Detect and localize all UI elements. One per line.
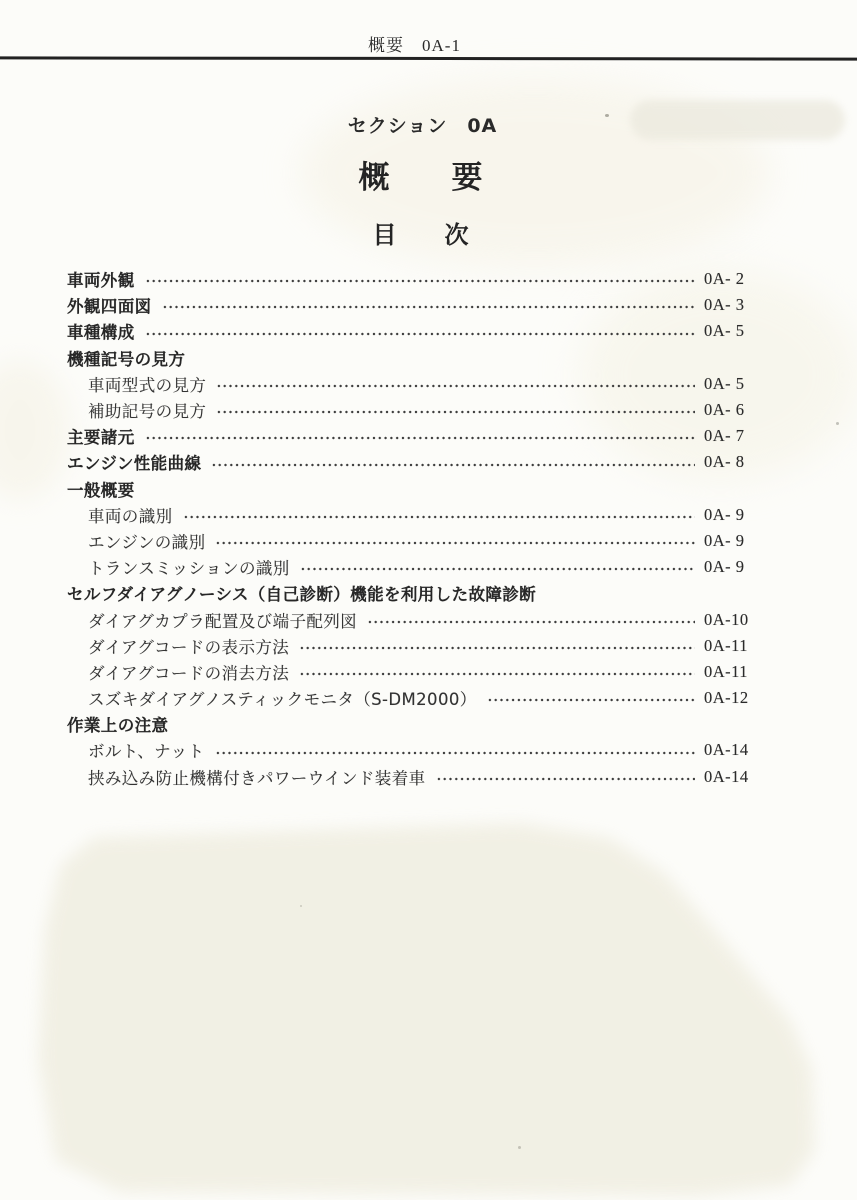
- toc-page-number: 0A-12: [704, 688, 764, 708]
- toc-entry: 車両型式の見方0A- 5: [67, 371, 764, 397]
- toc-heading: 目 次: [0, 215, 849, 250]
- toc-entry-label: ダイアグコードの表示方法: [88, 634, 289, 658]
- toc-entry-label: 車種構成: [67, 319, 135, 343]
- dot-leader: [299, 633, 695, 659]
- toc-entry: 外観四面図0A- 3: [67, 292, 764, 318]
- toc-entry-label: 挟み込み防止機構付きパワーウインド装着車: [88, 765, 426, 789]
- toc-entry: 車両の識別0A- 9: [67, 502, 764, 528]
- dot-leader: [162, 292, 696, 318]
- toc-entry-label: 車両の識別: [88, 503, 173, 527]
- scan-speck: [300, 905, 302, 907]
- dot-leader: [299, 659, 695, 685]
- toc-entry: 車両外観0A- 2: [67, 266, 764, 292]
- toc-entry-label: 作業上の注意: [67, 712, 168, 736]
- toc-entry: 補助記号の見方0A- 6: [67, 397, 764, 423]
- toc-entry: 主要諸元0A- 7: [67, 423, 764, 449]
- toc-page-number: 0A-11: [704, 636, 764, 656]
- toc-entry: ダイアグカプラ配置及び端子配列図0A-10: [67, 606, 764, 632]
- toc-entry: 一般概要: [67, 476, 764, 502]
- toc-entry: スズキダイアグノスティックモニタ（S-DM2000）0A-12: [67, 685, 764, 711]
- toc-entry-label: 外観四面図: [67, 293, 152, 317]
- toc-entry-label: スズキダイアグノスティックモニタ（S-DM2000）: [88, 686, 477, 710]
- dot-leader: [145, 423, 695, 449]
- toc-entry-label: トランスミッションの識別: [88, 555, 290, 579]
- toc-entry: 挟み込み防止機構付きパワーウインド装着車0A-14: [67, 764, 764, 790]
- page-title: 概 要: [0, 152, 849, 197]
- scan-speck: [518, 1146, 521, 1149]
- dot-leader: [145, 318, 695, 344]
- toc-entry: 作業上の注意: [67, 711, 764, 737]
- toc-page-number: 0A-10: [704, 610, 764, 630]
- toc-page-number: 0A-11: [704, 662, 764, 682]
- toc-entry-label: ダイアグカプラ配置及び端子配列図: [88, 608, 357, 632]
- toc-page-number: 0A- 3: [704, 295, 764, 315]
- document-page: 概要 0A-1 セクション 0A 概 要 目 次 車両外観0A- 2外観四面図0…: [0, 0, 857, 1200]
- toc-page-number: 0A- 9: [704, 505, 764, 525]
- toc-entry-label: 車両型式の見方: [88, 372, 206, 396]
- header-rule: [0, 56, 857, 60]
- toc-page-number: 0A- 5: [704, 374, 764, 394]
- toc-entry-label: 主要諸元: [67, 424, 135, 448]
- toc-entry-label: エンジン性能曲線: [67, 450, 201, 474]
- dot-leader: [211, 449, 695, 475]
- dot-leader: [216, 371, 695, 397]
- toc-entry: トランスミッションの識別0A- 9: [67, 554, 764, 580]
- toc-entry: 車種構成0A- 5: [67, 318, 764, 344]
- toc-entry: ダイアグコードの消去方法0A-11: [67, 659, 764, 685]
- dot-leader: [300, 554, 695, 580]
- dot-leader: [487, 685, 695, 711]
- toc-page-number: 0A- 2: [704, 269, 764, 289]
- dot-leader: [183, 502, 696, 528]
- toc-entry-label: 車両外観: [67, 267, 135, 291]
- vehicle-silhouette: [25, 818, 845, 1200]
- dot-leader: [436, 764, 695, 790]
- toc-entry: ダイアグコードの表示方法0A-11: [67, 633, 764, 659]
- toc-list: 車両外観0A- 2外観四面図0A- 3車種構成0A- 5機種記号の見方車両型式の…: [67, 266, 764, 790]
- toc-entry-label: 一般概要: [67, 477, 135, 501]
- paper-stain: [0, 360, 70, 500]
- toc-entry: エンジン性能曲線0A- 8: [67, 449, 764, 475]
- dot-leader: [215, 528, 695, 554]
- toc-entry-label: ダイアグコードの消去方法: [88, 660, 289, 684]
- toc-entry: エンジンの識別0A- 9: [67, 528, 764, 554]
- toc-page-number: 0A- 9: [704, 557, 764, 577]
- toc-page-number: 0A- 9: [704, 531, 764, 551]
- toc-entry-label: エンジンの識別: [88, 529, 205, 553]
- toc-entry: 機種記号の見方: [67, 345, 764, 371]
- toc-entry-label: セルフダイアグノーシス（自己診断）機能を利用した故障診断: [67, 581, 536, 605]
- scan-speck: [836, 422, 839, 425]
- toc-page-number: 0A- 8: [704, 452, 764, 472]
- toc-entry-label: ボルト、ナット: [88, 738, 205, 762]
- toc-page-number: 0A- 6: [704, 400, 764, 420]
- toc-page-number: 0A- 7: [704, 426, 764, 446]
- toc-page-number: 0A-14: [704, 740, 764, 760]
- dot-leader: [367, 606, 695, 632]
- toc-entry: ボルト、ナット0A-14: [67, 737, 764, 763]
- toc-page-number: 0A- 5: [704, 321, 764, 341]
- section-label: セクション 0A: [0, 111, 851, 138]
- running-header: 概要 0A-1: [0, 31, 843, 56]
- toc-page-number: 0A-14: [704, 767, 764, 787]
- dot-leader: [215, 737, 696, 763]
- toc-entry: セルフダイアグノーシス（自己診断）機能を利用した故障診断: [67, 580, 764, 606]
- toc-entry-label: 機種記号の見方: [67, 346, 185, 370]
- dot-leader: [216, 397, 695, 423]
- dot-leader: [145, 266, 695, 292]
- toc-entry-label: 補助記号の見方: [88, 398, 206, 422]
